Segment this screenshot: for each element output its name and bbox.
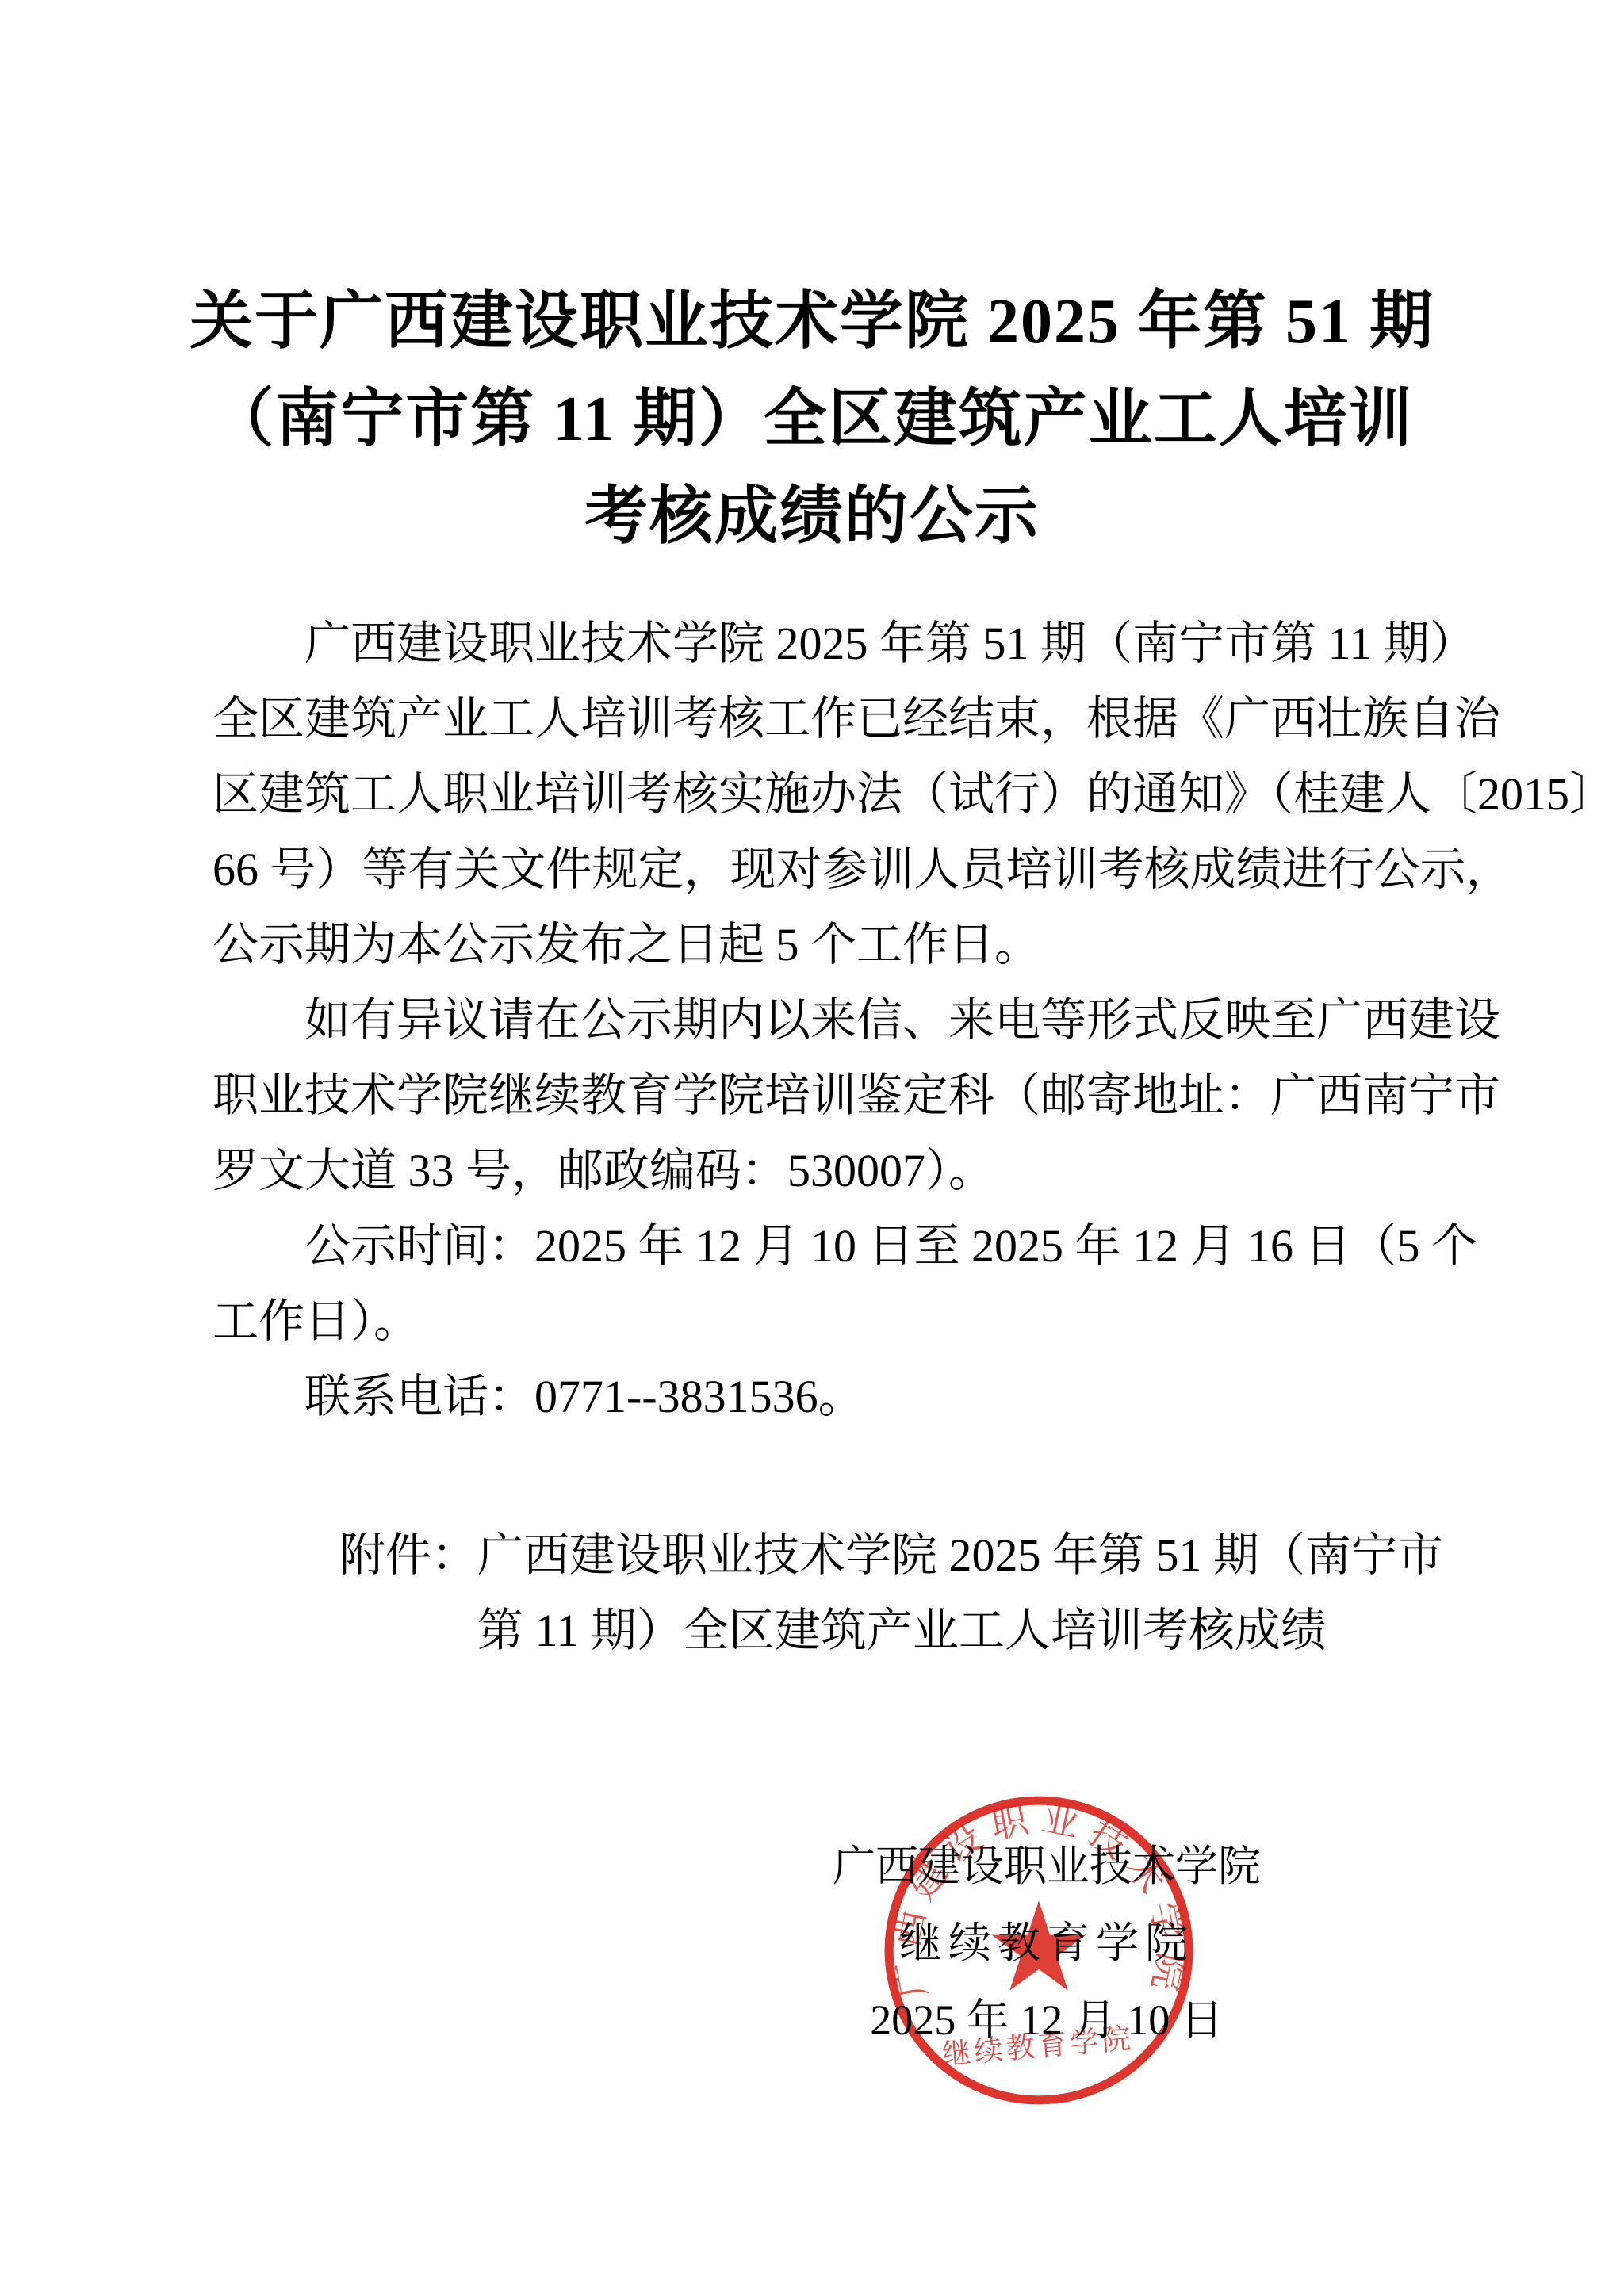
attachment-line-1: 附件：广西建设职业技术学院 2025 年第 51 期（南宁市	[339, 1517, 1443, 1593]
paragraph-2-line: 罗文大道 33 号，邮政编码：530007）。	[213, 1133, 1465, 1208]
paragraph-2-line: 职业技术学院继续教育学院培训鉴定科（邮寄地址：广西南宁市	[213, 1058, 1465, 1133]
paragraph-3-line: 公示时间：2025 年 12 月 10 日至 2025 年 12 月 16 日（…	[213, 1208, 1465, 1284]
title-line-2: （南宁市第 11 期）全区建筑产业工人培训	[0, 371, 1624, 469]
paragraph-1-line: 区建筑工人职业培训考核实施办法（试行）的通知》（桂建人〔2015〕	[213, 756, 1465, 832]
paragraph-1-line: 66 号）等有关文件规定，现对参训人员培训考核成绩进行公示，	[213, 832, 1465, 907]
title-line-1: 关于广西建设职业技术学院 2025 年第 51 期	[0, 274, 1624, 371]
attachment-note: 附件：广西建设职业技术学院 2025 年第 51 期（南宁市 第 11 期）全区…	[339, 1517, 1443, 1668]
paragraph-1-line: 公示期为本公示发布之日起 5 个工作日。	[213, 907, 1465, 982]
signature-org-line-1: 广西建设职业技术学院	[753, 1828, 1340, 1905]
announcement-page: 关于广西建设职业技术学院 2025 年第 51 期 （南宁市第 11 期）全区建…	[0, 0, 1624, 2296]
signature-date: 2025 年 12 月 10 日	[753, 1982, 1340, 2059]
attachment-line-2: 第 11 期）全区建筑产业工人培训考核成绩	[339, 1593, 1443, 1668]
signature-block: 广西建设职业技术学院 继续教育学院 2025 年 12 月 10 日	[753, 1828, 1340, 2059]
title-line-3: 考核成绩的公示	[0, 469, 1624, 566]
document-title: 关于广西建设职业技术学院 2025 年第 51 期 （南宁市第 11 期）全区建…	[0, 274, 1624, 566]
document-body: 广西建设职业技术学院 2025 年第 51 期（南宁市第 11 期） 全区建筑产…	[213, 606, 1465, 1434]
paragraph-1-line: 全区建筑产业工人培训考核工作已经结束，根据《广西壮族自治	[213, 681, 1465, 756]
paragraph-3-line: 工作日）。	[213, 1284, 1465, 1359]
paragraph-2-line: 如有异议请在公示期内以来信、来电等形式反映至广西建设	[213, 982, 1465, 1058]
paragraph-4-line: 联系电话：0771--3831536。	[213, 1359, 1465, 1434]
signature-org-line-2: 继续教育学院	[753, 1905, 1340, 1982]
paragraph-1-line: 广西建设职业技术学院 2025 年第 51 期（南宁市第 11 期）	[213, 606, 1465, 681]
